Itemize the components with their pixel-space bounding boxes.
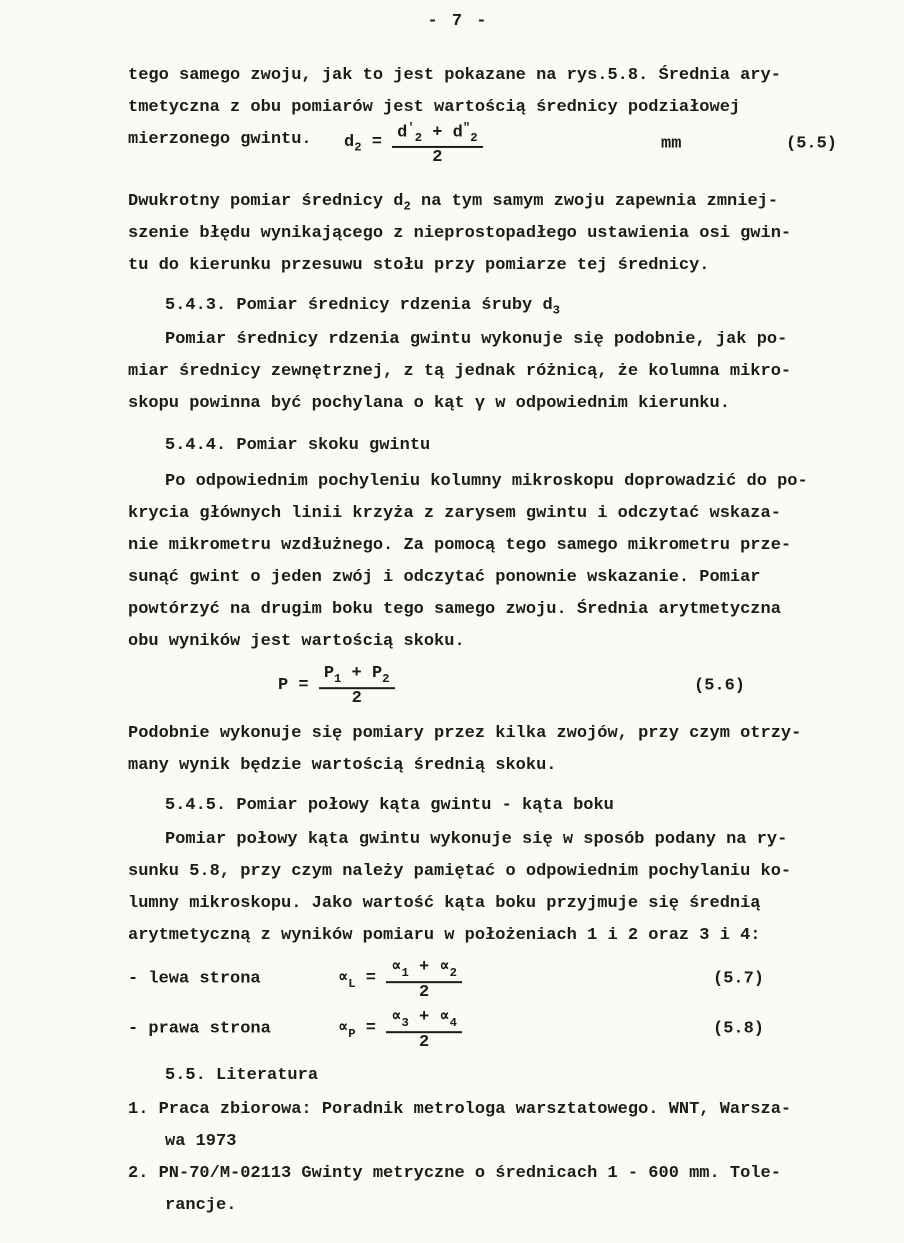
formula-lhs: ∝P = xyxy=(338,1017,386,1041)
fraction: P1 + P22 xyxy=(319,664,395,708)
text-run: skopu powinna być pochylana o kąt γ w od… xyxy=(128,394,730,413)
formula-unit: mm xyxy=(661,135,681,154)
formula-lhs: ∝L = xyxy=(338,967,386,991)
text-line: sunąć gwint o jeden zwój i odczytać pono… xyxy=(128,562,904,594)
text-line: 5.4.5. Pomiar połowy kąta gwintu - kąta … xyxy=(128,790,904,822)
text-run: 5.4.4. Pomiar skoku gwintu xyxy=(165,436,430,455)
text-run: krycia głównych linii krzyża z zarysem g… xyxy=(128,504,781,523)
text-run: d xyxy=(397,123,407,142)
formula-label: - lewa strona xyxy=(128,970,261,989)
text-run: Po odpowiednim pochyleniu kolumny mikros… xyxy=(165,472,808,491)
section-heading-5-4-3: 5.4.3. Pomiar średnicy rdzenia śruby d3 xyxy=(128,290,904,322)
text-line: 5.5. Literatura xyxy=(128,1060,904,1092)
equation-number: (5.7) xyxy=(713,970,764,989)
text-line: 5.4.4. Pomiar skoku gwintu xyxy=(128,430,904,462)
formula-expression: ∝P = ∝3 + ∝42 xyxy=(338,1006,462,1052)
text-run: Pomiar połowy kąta gwintu wykonuje się w… xyxy=(165,830,787,849)
text-line: Po odpowiednim pochyleniu kolumny mikros… xyxy=(128,466,904,498)
text-line: arytmetyczną z wyników pomiaru w położen… xyxy=(128,920,904,952)
subscript: 2 xyxy=(470,131,477,145)
literature-item-1: 1. Praca zbiorowa: Poradnik metrologa wa… xyxy=(128,1094,904,1158)
formula-5-5: d2 = d′2 + d″22mm(5.5) xyxy=(128,118,904,170)
section-heading-5-4-4: 5.4.4. Pomiar skoku gwintu xyxy=(128,430,904,462)
text-run: Pomiar średnicy rdzenia gwintu wykonuje … xyxy=(165,330,787,349)
text-line: krycia głównych linii krzyża z zarysem g… xyxy=(128,498,904,530)
fraction-denominator: 2 xyxy=(392,148,482,167)
subscript: 2 xyxy=(382,672,389,686)
paragraph: Pomiar połowy kąta gwintu wykonuje się w… xyxy=(128,824,904,952)
text-run: Dwukrotny pomiar średnicy d xyxy=(128,192,403,211)
formula-expression: d2 = d′2 + d″22 xyxy=(344,121,483,167)
formula-5-8: - prawa strona∝P = ∝3 + ∝42(5.8) xyxy=(128,1004,904,1054)
text-run: P xyxy=(324,664,334,683)
text-run: 5.5. Literatura xyxy=(165,1066,318,1085)
text-run: lumny mikroskopu. Jako wartość kąta boku… xyxy=(128,894,761,913)
text-run: = xyxy=(362,133,393,152)
text-run: arytmetyczną z wyników pomiaru w położen… xyxy=(128,926,761,945)
page-number: - 7 - xyxy=(128,6,788,38)
equation-number: (5.8) xyxy=(713,1020,764,1039)
fraction: d′2 + d″22 xyxy=(392,121,482,167)
text-run: powtórzyć na drugim boku tego samego zwo… xyxy=(128,600,781,619)
equation-number: (5.6) xyxy=(694,677,745,696)
paragraph: Dwukrotny pomiar średnicy d2 na tym samy… xyxy=(128,186,904,282)
text-run: = xyxy=(356,969,387,988)
text-line: Podobnie wykonuje się pomiary przez kilk… xyxy=(128,718,904,750)
document-body: tego samego zwoju, jak to jest pokazane … xyxy=(128,60,904,1222)
text-run: nie mikrometru wzdłużnego. Za pomocą teg… xyxy=(128,536,791,555)
formula-lhs: P = xyxy=(278,676,319,695)
subscript: P xyxy=(348,1027,355,1041)
subscript: 2 xyxy=(450,966,457,980)
fraction-numerator: ∝3 + ∝4 xyxy=(386,1006,462,1033)
text-run: tmetyczna z obu pomiarów jest wartością … xyxy=(128,98,740,117)
text-run: ∝ xyxy=(391,1008,401,1027)
section-heading-5-4-5: 5.4.5. Pomiar połowy kąta gwintu - kąta … xyxy=(128,790,904,822)
equation-number: (5.5) xyxy=(786,135,837,154)
text-run: ∝ xyxy=(439,1008,449,1027)
formula-5-7: - lewa strona∝L = ∝1 + ∝22(5.7) xyxy=(128,954,904,1004)
text-run: P xyxy=(372,664,382,683)
text-line: skopu powinna być pochylana o kąt γ w od… xyxy=(128,388,904,420)
fraction-numerator: d′2 + d″2 xyxy=(392,121,482,148)
text-run: miar średnicy zewnętrznej, z tą jednak r… xyxy=(128,362,791,381)
text-line: 5.4.3. Pomiar średnicy rdzenia śruby d3 xyxy=(128,290,904,322)
paragraph: Po odpowiednim pochyleniu kolumny mikros… xyxy=(128,466,904,658)
text-line: Pomiar średnicy rdzenia gwintu wykonuje … xyxy=(128,324,904,356)
text-run: d xyxy=(344,133,354,152)
text-run: + xyxy=(409,1008,440,1027)
text-run: + xyxy=(341,664,372,683)
text-run: rancje. xyxy=(165,1196,236,1215)
subscript: 2 xyxy=(354,141,361,155)
paragraph: Pomiar średnicy rdzenia gwintu wykonuje … xyxy=(128,324,904,420)
formula-label: - prawa strona xyxy=(128,1020,271,1039)
text-run: 5.4.3. Pomiar średnicy rdzenia śruby d xyxy=(165,296,553,315)
text-run: d xyxy=(453,123,463,142)
text-run: + xyxy=(409,958,440,977)
text-run: ∝ xyxy=(338,969,348,988)
subscript: L xyxy=(348,977,355,991)
text-line: Pomiar połowy kąta gwintu wykonuje się w… xyxy=(128,824,904,856)
text-run: ∝ xyxy=(439,958,449,977)
text-run: wa 1973 xyxy=(165,1132,236,1151)
subscript: 3 xyxy=(553,304,560,318)
text-run: sunąć gwint o jeden zwój i odczytać pono… xyxy=(128,568,761,587)
text-run: ∝ xyxy=(391,958,401,977)
text-line: powtórzyć na drugim boku tego samego zwo… xyxy=(128,594,904,626)
text-line: rancje. xyxy=(128,1190,904,1222)
text-run: 5.4.5. Pomiar połowy kąta gwintu - kąta … xyxy=(165,796,614,815)
text-run: many wynik będzie wartością średnią skok… xyxy=(128,756,556,775)
text-run: = xyxy=(356,1019,387,1038)
text-line: obu wyników jest wartością skoku. xyxy=(128,626,904,658)
fraction-denominator: 2 xyxy=(386,1033,462,1052)
text-run: ∝ xyxy=(338,1019,348,1038)
text-run: P = xyxy=(278,676,319,695)
text-line: 1. Praca zbiorowa: Poradnik metrologa wa… xyxy=(128,1094,904,1126)
text-line: tego samego zwoju, jak to jest pokazane … xyxy=(128,60,904,92)
text-run: tego samego zwoju, jak to jest pokazane … xyxy=(128,66,781,85)
subscript: 2 xyxy=(403,200,410,214)
text-line: wa 1973 xyxy=(128,1126,904,1158)
text-run: 1. Praca zbiorowa: Poradnik metrologa wa… xyxy=(128,1100,791,1119)
text-line: szenie błędu wynikającego z nieprostopad… xyxy=(128,218,904,250)
fraction-numerator: ∝1 + ∝2 xyxy=(386,956,462,983)
fraction: ∝1 + ∝22 xyxy=(386,956,462,1002)
text-run: sunku 5.8, przy czym należy pamiętać o o… xyxy=(128,862,791,881)
fraction-numerator: P1 + P2 xyxy=(319,664,395,689)
text-run: + xyxy=(422,123,453,142)
subscript: 2 xyxy=(415,131,422,145)
text-line: 2. PN-70/M-02113 Gwinty metryczne o śred… xyxy=(128,1158,904,1190)
superscript: ′ xyxy=(407,121,414,135)
text-line: sunku 5.8, przy czym należy pamiętać o o… xyxy=(128,856,904,888)
text-run: Podobnie wykonuje się pomiary przez kilk… xyxy=(128,724,801,743)
formula-5-6: P = P1 + P22(5.6) xyxy=(128,660,904,712)
text-line: many wynik będzie wartością średnią skok… xyxy=(128,750,904,782)
text-run: tu do kierunku przesuwu stołu przy pomia… xyxy=(128,256,710,275)
document-page: - 7 - tego samego zwoju, jak to jest pok… xyxy=(0,0,904,1243)
fraction-denominator: 2 xyxy=(319,689,395,708)
formula-expression: ∝L = ∝1 + ∝22 xyxy=(338,956,462,1002)
paragraph: Podobnie wykonuje się pomiary przez kilk… xyxy=(128,718,904,782)
text-run: szenie błędu wynikającego z nieprostopad… xyxy=(128,224,791,243)
subscript: 4 xyxy=(450,1016,457,1030)
text-line: lumny mikroskopu. Jako wartość kąta boku… xyxy=(128,888,904,920)
text-line: tu do kierunku przesuwu stołu przy pomia… xyxy=(128,250,904,282)
formula-expression: P = P1 + P22 xyxy=(278,664,395,708)
text-run: 2. PN-70/M-02113 Gwinty metryczne o śred… xyxy=(128,1164,781,1183)
text-run: na tym samym zwoju zapewnia zmniej- xyxy=(411,192,778,211)
subscript: 3 xyxy=(401,1016,408,1030)
section-heading-5-5: 5.5. Literatura xyxy=(128,1060,904,1092)
fraction: ∝3 + ∝42 xyxy=(386,1006,462,1052)
text-line: Dwukrotny pomiar średnicy d2 na tym samy… xyxy=(128,186,904,218)
subscript: 1 xyxy=(401,966,408,980)
text-line: nie mikrometru wzdłużnego. Za pomocą teg… xyxy=(128,530,904,562)
formula-lhs: d2 = xyxy=(344,133,392,155)
literature-item-2: 2. PN-70/M-02113 Gwinty metryczne o śred… xyxy=(128,1158,904,1222)
text-run: obu wyników jest wartością skoku. xyxy=(128,632,465,651)
text-line: miar średnicy zewnętrznej, z tą jednak r… xyxy=(128,356,904,388)
fraction-denominator: 2 xyxy=(386,983,462,1002)
